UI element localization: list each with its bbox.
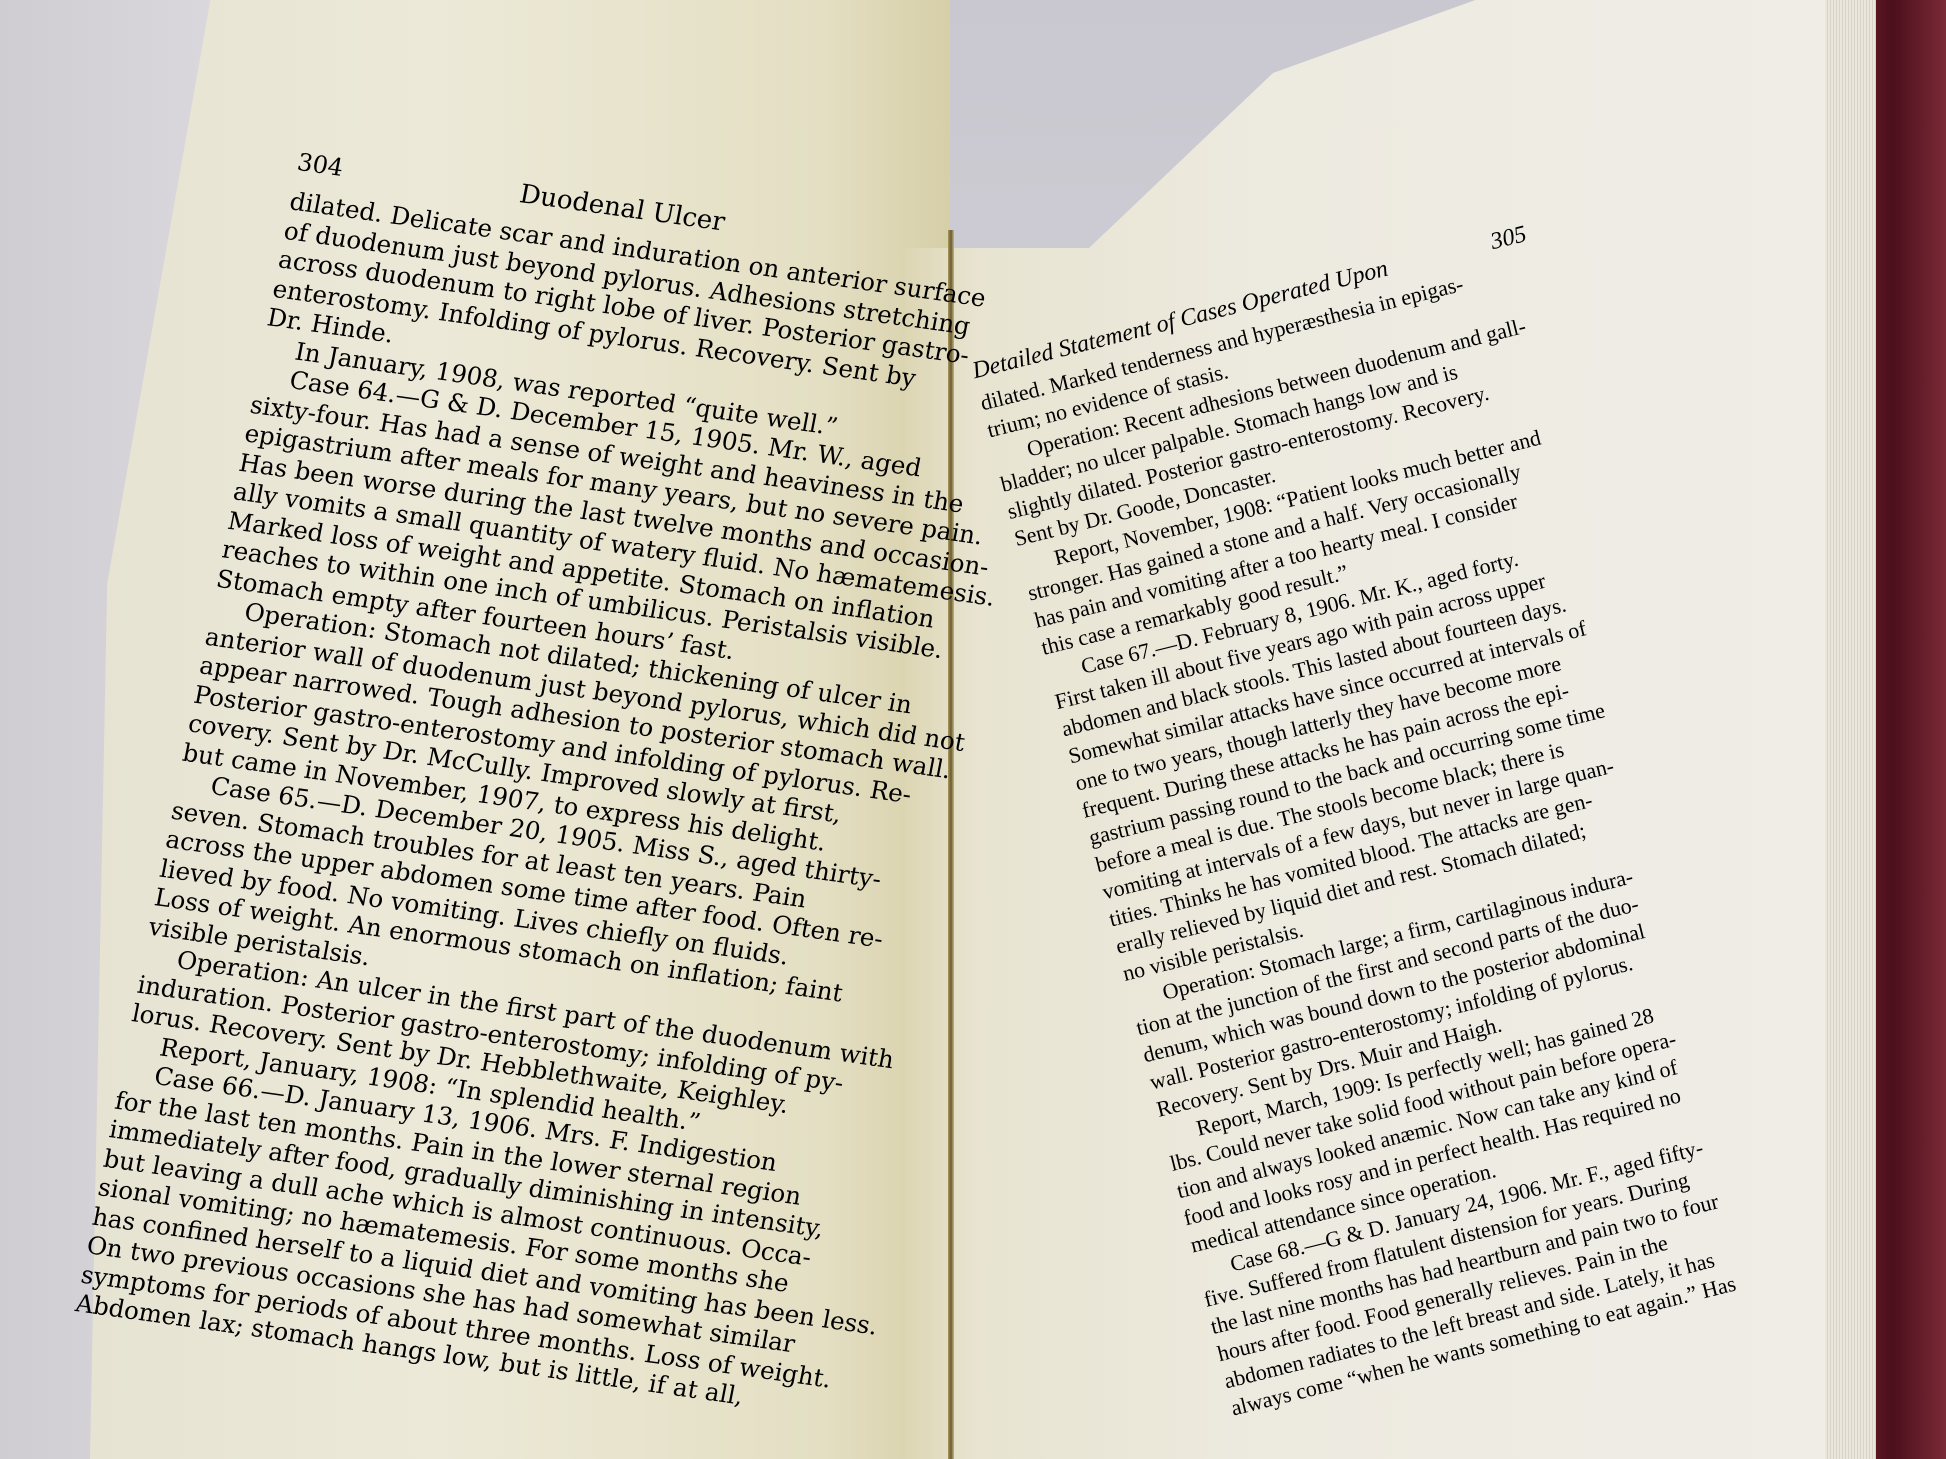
page-number-left: 304 [295,150,345,182]
book-gutter [948,230,954,1459]
